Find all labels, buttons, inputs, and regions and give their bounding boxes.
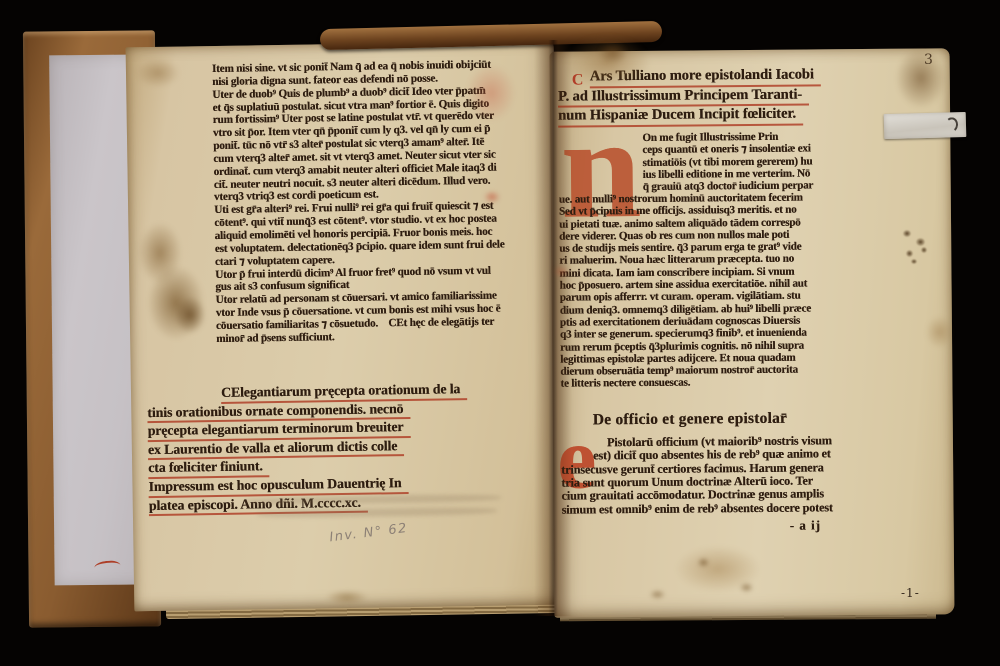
opening-paragraph: ue. aut nulli⁹ nostrorum hominū auctorit… <box>559 191 812 390</box>
second-paragraph-indented: Pistolarū officium (vt maiorib⁹ nostris … <box>561 434 832 463</box>
print-line: te litteris nectere consuescas. <box>560 376 811 390</box>
print-line: simum est omnib⁹ enim de reb⁹ absentes d… <box>561 501 832 517</box>
spine-top-roll <box>320 21 662 50</box>
opening-paragraph-indented: On me fugit Illustrissime Princeps quant… <box>558 130 813 194</box>
folio-number: 3 <box>924 52 933 68</box>
quire-signature: - a ij <box>790 517 821 533</box>
paper-bookmark-tab <box>884 112 967 139</box>
heading-line: Ars Tulliano more epistolandi Iacobi <box>590 66 821 88</box>
book-photo: Item nisi sine. vt sic ponit̄ Nam q̄ ad … <box>0 0 1000 666</box>
section-subheading: De officio et genere epistolar̄ <box>593 410 787 430</box>
tab-ink-mark <box>944 117 959 133</box>
left-main-text-block: Item nisi sine. vt sic ponit̄ Nam q̄ ad … <box>212 58 506 345</box>
colophon-line: CElegantiarum pręcepta orationum de la <box>221 381 467 403</box>
colophon-line: Impressum est hoc opusculum Dauentrię In <box>148 475 408 498</box>
second-paragraph: trinsecusve gerunt̄ certiores facimus. H… <box>561 461 833 516</box>
left-page: Item nisi sine. vt sic ponit̄ Nam q̄ ad … <box>126 41 563 612</box>
colophon-line: ex Laurentio de valla et aliorum dictis … <box>148 438 405 461</box>
handwritten-inventory-note: Inv. N° 62 <box>329 521 409 545</box>
bottom-corner-mark: -1- <box>901 586 920 600</box>
colophon-line: cta fœliciter finiunt. <box>148 459 270 479</box>
print-line: ceps quantū et oneris ⁊ insolentiæ exi <box>642 143 813 157</box>
red-ink-squiggle <box>94 560 121 573</box>
